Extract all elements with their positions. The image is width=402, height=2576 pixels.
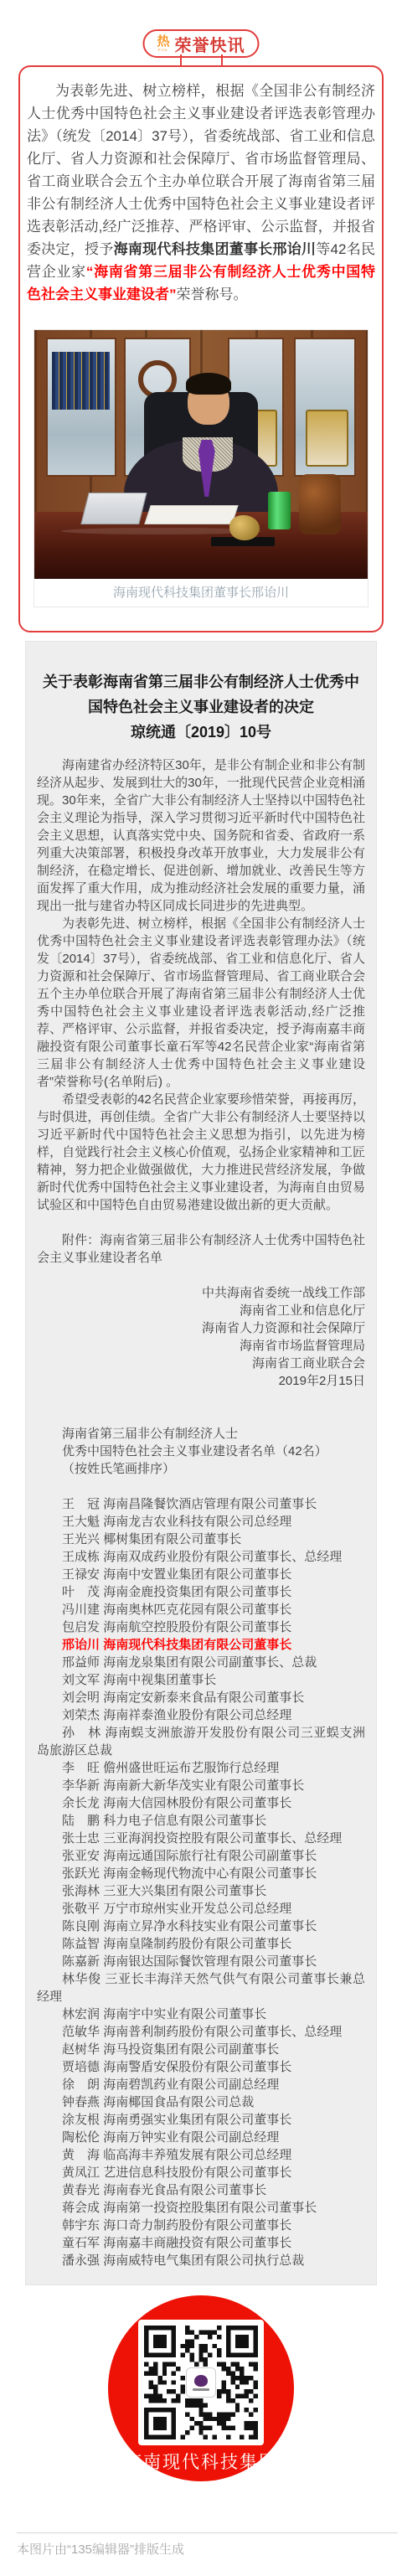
decision-title: 关于表彰海南省第三届非公有制经济人士优秀中国特色社会主义事业建设者的决定 (37, 669, 365, 720)
honoree-row: 童石军 海南嘉丰商融投资有限公司董事长 (37, 2234, 365, 2252)
honoree-row: 李华新 海南新大新华茂实业有限公司董事长 (37, 1777, 365, 1794)
honoree-name: 张海林 (62, 1884, 100, 1898)
honoree-name: 王 冠 (62, 1497, 100, 1511)
honoree-list-heading: 海南省第三届非公有制经济人士优秀中国特色社会主义事业建设者名单（42名）（按姓氏… (37, 1425, 365, 1478)
honoree-name: 徐 朗 (62, 2078, 100, 2092)
honoree-org: 海南警盾安保股份有限公司董事长 (103, 2060, 291, 2074)
photo-glass-panel (294, 338, 356, 477)
badge-label: 荣誉快讯 (175, 32, 245, 56)
honoree-row: 林宏润 海南宇中实业有限公司董事长 (37, 2006, 365, 2023)
photo-man-head (188, 379, 229, 424)
honoree-org: 儋州盛世旺运布艺服饰行总经理 (103, 1761, 279, 1775)
photo-wood-pot (299, 474, 341, 534)
honoree-list: 王 冠 海南昌隆餐饮酒店管理有限公司董事长王大魁 海南龙吉农业科技有限公司总经理… (37, 1495, 365, 2269)
honoree-row: 林华俊 三亚长丰海洋天然气供气有限公司董事长兼总经理 (37, 1970, 365, 2006)
photo-man-hair (186, 373, 231, 395)
intro-text-pre: 为表彰先进、树立榜样，根据《全国非公有制经济人士优秀中国特色社会主义事业建设者评… (27, 83, 375, 257)
honoree-org: 海南远通国际旅行社有限公司副董事长 (103, 1849, 317, 1863)
honoree-list-heading-line: 优秀中国特色社会主义事业建设者名单（42名） (37, 1443, 365, 1460)
honoree-name: 黄凤江 (62, 2166, 100, 2180)
hot-icon-caption: Fire (158, 48, 167, 52)
honoree-name: 张敬平 (62, 1902, 100, 1916)
honoree-name: 潘永强 (62, 2253, 100, 2268)
honoree-org: 三亚大兴集团有限公司董事长 (103, 1884, 266, 1898)
honoree-row: 王禄安 海南中安置业集团有限公司董事长 (37, 1566, 365, 1583)
honoree-name: 韩宇东 (62, 2218, 100, 2233)
decision-signatures: 中共海南省委统一战线工作部海南省工业和信息化厅海南省人力资源和社会保障厅海南省市… (37, 1284, 365, 1390)
honoree-org: 海南银达国际餐饮管理有限公司董事长 (103, 1954, 317, 1969)
honoree-row: 蒋会成 海南第一投资控股集团有限公司董事长 (37, 2199, 365, 2217)
honoree-name: 范敏华 (62, 2025, 100, 2039)
honoree-org: 海马投资集团有限公司副董事长 (103, 2042, 279, 2057)
honoree-row: 刘文军 海南中视集团董事长 (37, 1671, 365, 1689)
honoree-row: 陆 鹏 科力电子信息有限公司董事长 (37, 1812, 365, 1830)
honoree-row: 王大魁 海南龙吉农业科技有限公司总经理 (37, 1513, 365, 1531)
honoree-list-heading-line: 海南省第三届非公有制经济人士 (37, 1425, 365, 1443)
honoree-org: 海南大信园林股份有限公司董事长 (103, 1796, 291, 1810)
honoree-org: 海南双成药业股份有限公司董事长、总经理 (103, 1550, 342, 1564)
photo-plaque (306, 410, 348, 466)
honoree-org: 海南金畅现代物流中心有限公司董事长 (103, 1866, 317, 1881)
intro-text-bold-chairman: 海南现代科技集团董事长邢诒川 (114, 241, 317, 257)
photo-elephant-ornament (229, 515, 260, 540)
honoree-name: 涂友根 (62, 2113, 100, 2127)
signature-line: 海南省人力资源和社会保障厅 (37, 1319, 365, 1337)
honoree-row: 贾培德 海南警盾安保股份有限公司董事长 (37, 2058, 365, 2076)
hot-icon-glyph: 热 (157, 35, 169, 48)
honoree-name: 陶松伦 (62, 2130, 100, 2145)
honoree-name: 黄春光 (62, 2183, 100, 2197)
honoree-org: 海南新大新华茂实业有限公司董事长 (103, 1778, 304, 1793)
honoree-row: 陈良刚 海南立昇净水科技实业有限公司董事长 (37, 1918, 365, 1935)
footer-divider (17, 2532, 398, 2533)
qr-logo-emblem (194, 2375, 208, 2387)
honoree-org: 海南椰国食品有限公司总裁 (103, 2095, 254, 2109)
honoree-name: 陆 鹏 (62, 1814, 100, 1828)
honoree-row: 张敬平 万宁市琼州实业开发总公司总经理 (37, 1900, 365, 1918)
intro-paragraph: 为表彰先进、树立榜样，根据《全国非公有制经济人士优秀中国特色社会主义事业建设者评… (27, 80, 375, 306)
honoree-org: 海南万钟实业有限公司副总经理 (103, 2130, 279, 2145)
honoree-name: 陈益智 (62, 1937, 100, 1951)
intro-text-post: 荣誉称号。 (177, 287, 248, 302)
honoree-name: 贾培德 (62, 2060, 100, 2074)
honoree-row: 黄凤江 艺进信息科技股份有限公司董事长 (37, 2164, 365, 2181)
honoree-name: 李华新 (62, 1778, 100, 1793)
honoree-row: 王 冠 海南昌隆餐饮酒店管理有限公司董事长 (37, 1495, 365, 1513)
honoree-name: 陈良刚 (62, 1919, 100, 1933)
honoree-row: 黄春光 海南春光食品有限公司董事长 (37, 2181, 365, 2199)
honoree-org: 海南春光食品有限公司董事长 (103, 2183, 266, 2197)
honoree-org: 海南立昇净水科技实业有限公司董事长 (103, 1919, 317, 1933)
honoree-row: 黄 海 临高海丰养殖发展有限公司总经理 (37, 2146, 365, 2164)
honoree-name: 邢益师 (62, 1655, 100, 1670)
honoree-name: 林宏润 (62, 2007, 100, 2021)
honoree-org: 海南龙吉农业科技有限公司总经理 (103, 1515, 291, 1529)
honoree-org: 海南第一投资控股集团有限公司董事长 (103, 2201, 317, 2215)
decision-date: 2019年2月15日 (37, 1372, 365, 1390)
honoree-row: 孙 林 海南蜈支洲旅游开发股份有限公司三亚蜈支洲岛旅游区总裁 (37, 1724, 365, 1759)
honoree-row: 范敏华 海南普利制药股份有限公司董事长、总经理 (37, 2023, 365, 2041)
honoree-row: 李 旺 儋州盛世旺运布艺服饰行总经理 (37, 1759, 365, 1777)
honoree-row: 张海林 三亚大兴集团有限公司董事长 (37, 1882, 365, 1900)
honoree-org: 海南龙泉集团有限公司副董事长、总裁 (103, 1655, 317, 1670)
honoree-name: 钟春燕 (62, 2095, 100, 2109)
honoree-org: 海南金鹿投资集团有限公司董事长 (103, 1585, 291, 1599)
honoree-name: 王大魁 (62, 1515, 100, 1529)
honoree-org: 海南威特电气集团有限公司执行总裁 (103, 2253, 304, 2268)
badge-connector-right (221, 54, 223, 66)
honoree-name: 张士忠 (62, 1831, 100, 1846)
honoree-org: 海口奇力制药股份有限公司董事长 (103, 2218, 291, 2233)
honoree-org: 海南昌隆餐饮酒店管理有限公司董事长 (103, 1497, 317, 1511)
decision-paragraph: 希望受表彰的42名民营企业家要珍惜荣誉，再接再厉，与时俱进，再创佳绩。全省广大非… (37, 1091, 365, 1214)
honoree-org: 海南普利制药股份有限公司董事长、总经理 (103, 2025, 342, 2039)
honoree-name: 张跃光 (62, 1866, 100, 1881)
honoree-org: 海南定安新泰来食品有限公司董事长 (103, 1691, 304, 1705)
honoree-row: 赵树华 海马投资集团有限公司副董事长 (37, 2041, 365, 2058)
honoree-name: 余长龙 (62, 1796, 100, 1810)
photo-pen-cup (268, 492, 291, 529)
honoree-name: 王成栋 (62, 1550, 100, 1564)
photo-books (52, 352, 110, 410)
signature-line: 中共海南省委统一战线工作部 (37, 1284, 365, 1302)
hot-icon: 热 Fire (157, 35, 169, 53)
qr-red-circle: 海南现代科技集团 (108, 2295, 294, 2481)
honoree-row: 涂友根 海南勇强实业集团有限公司董事长 (37, 2111, 365, 2129)
signature-line: 海南省工业和信息化厅 (37, 1302, 365, 1319)
honoree-row: 刘会明 海南定安新泰来食品有限公司董事长 (37, 1689, 365, 1706)
chairman-photo (34, 330, 368, 579)
honoree-name: 林华俊 (62, 1972, 101, 1986)
honoree-name: 叶 茂 (62, 1585, 100, 1599)
honoree-org: 海南中安置业集团有限公司董事长 (103, 1567, 291, 1582)
honoree-row: 叶 茂 海南金鹿投资集团有限公司董事长 (37, 1583, 365, 1601)
intro-box: 为表彰先进、树立榜样，根据《全国非公有制经济人士优秀中国特色社会主义事业建设者评… (18, 65, 384, 632)
photo-papers (145, 505, 240, 524)
honoree-org: 海南嘉丰商融投资有限公司董事长 (103, 2236, 291, 2250)
honoree-name: 刘文军 (62, 1673, 100, 1687)
qr-code[interactable] (138, 2320, 264, 2445)
qr-logo-text-line (193, 2388, 209, 2391)
honoree-name: 王光兴 (62, 1532, 100, 1546)
signature-line: 海南省市场监督管理局 (37, 1337, 365, 1355)
honoree-org: 临高海丰养殖发展有限公司总经理 (103, 2148, 291, 2162)
honoree-name: 王禄安 (62, 1567, 100, 1582)
honoree-list-heading-line: （按姓氏笔画排序） (37, 1460, 365, 1478)
honoree-org: 海南皇隆制药股份有限公司董事长 (103, 1937, 291, 1951)
decision-paragraphs: 海南建省办经济特区30年，是非公有制企业和非公有制经济从起步、发展到壮大的30年… (37, 756, 365, 1214)
honoree-row: 张跃光 海南金畅现代物流中心有限公司董事长 (37, 1865, 365, 1882)
honoree-name: 邢诒川 (62, 1638, 100, 1652)
honoree-row: 刘荣杰 海南祥泰渔业股份有限公司总经理 (37, 1706, 365, 1724)
header-badge-area: 热 Fire 荣誉快讯 (0, 0, 402, 65)
honoree-row: 陶松伦 海南万钟实业有限公司副总经理 (37, 2129, 365, 2146)
qr-company-label: 海南现代科技集团 (108, 2449, 294, 2474)
honoree-org: 海南中视集团董事长 (103, 1673, 216, 1687)
decision-attachment: 附件：海南省第三届非公有制经济人士优秀中国特色社会主义事业建设者名单 (37, 1231, 365, 1267)
honoree-row: 韩宇东 海口奇力制药股份有限公司董事长 (37, 2217, 365, 2234)
honoree-row: 王光兴 椰树集团有限公司董事长 (37, 1531, 365, 1548)
honoree-org: 海南碧凯药业有限公司副总经理 (103, 2078, 279, 2092)
footer-credit: 本图片由“135编辑器”排版生成 (17, 2540, 385, 2558)
honoree-org: 海南奥林匹克花园有限公司董事长 (103, 1603, 291, 1617)
honoree-name: 李 旺 (62, 1761, 100, 1775)
decision-paragraph: 海南建省办经济特区30年，是非公有制企业和非公有制经济从起步、发展到壮大的30年… (37, 756, 365, 915)
honoree-name: 童石军 (62, 2236, 100, 2250)
honoree-name: 刘荣杰 (62, 1708, 100, 1722)
honoree-row: 邢益师 海南龙泉集团有限公司副董事长、总裁 (37, 1654, 365, 1671)
honoree-row: 包启发 海南航空控股股份有限公司董事长 (37, 1618, 365, 1636)
honoree-row: 张亚安 海南远通国际旅行社有限公司副董事长 (37, 1847, 365, 1865)
decision-paragraph: 为表彰先进、树立榜样，根据《全国非公有制经济人士优秀中国特色社会主义事业建设者评… (37, 915, 365, 1091)
honoree-org: 海南祥泰渔业股份有限公司总经理 (103, 1708, 291, 1722)
honoree-org: 艺进信息科技股份有限公司董事长 (103, 2166, 291, 2180)
honoree-name: 包启发 (62, 1620, 100, 1634)
honor-news-badge: 热 Fire 荣誉快讯 (142, 29, 259, 58)
honoree-name: 冯川建 (62, 1603, 100, 1617)
honoree-org: 海南航空控股股份有限公司董事长 (103, 1620, 291, 1634)
honoree-org: 海南宇中实业有限公司董事长 (103, 2007, 266, 2021)
photo-glass-panel (46, 338, 116, 477)
honoree-row: 陈益智 海南皇隆制药股份有限公司董事长 (37, 1935, 365, 1953)
photo-caption: 海南现代科技集团董事长邢诒川 (34, 579, 368, 607)
footer-padding (0, 2558, 402, 2576)
decision-box: 关于表彰海南省第三届非公有制经济人士优秀中国特色社会主义事业建设者的决定 琼统通… (25, 641, 377, 2285)
honoree-name: 陈嘉新 (62, 1954, 100, 1969)
honoree-row: 潘永强 海南威特电气集团有限公司执行总裁 (37, 2252, 365, 2269)
honoree-org: 万宁市琼州实业开发总公司总经理 (103, 1902, 291, 1916)
photo-laptop (80, 493, 147, 524)
signature-line: 海南省工商业联合会 (37, 1355, 365, 1372)
chairman-photo-card: 海南现代科技集团董事长邢诒川 (33, 329, 368, 607)
honoree-row: 余长龙 海南大信园林股份有限公司董事长 (37, 1794, 365, 1812)
honoree-org: 海南现代科技集团有限公司董事长 (103, 1638, 291, 1652)
honoree-name: 张亚安 (62, 1849, 100, 1863)
honoree-name: 蒋会成 (62, 2201, 100, 2215)
honoree-name: 刘会明 (62, 1691, 100, 1705)
honoree-row: 钟春燕 海南椰国食品有限公司总裁 (37, 2093, 365, 2111)
honoree-org: 科力电子信息有限公司董事长 (103, 1814, 266, 1828)
honoree-row: 王成栋 海南双成药业股份有限公司董事长、总经理 (37, 1548, 365, 1566)
honoree-org: 三亚海润投资控股有限公司董事长、总经理 (103, 1831, 342, 1846)
decision-doc-number: 琼统通〔2019〕10号 (37, 720, 365, 745)
honoree-org: 海南勇强实业集团有限公司董事长 (103, 2113, 291, 2127)
badge-connector-left (180, 54, 182, 66)
honoree-row: 张士忠 三亚海润投资控股有限公司董事长、总经理 (37, 1830, 365, 1847)
honoree-row: 徐 朗 海南碧凯药业有限公司副总经理 (37, 2076, 365, 2093)
honoree-row: 陈嘉新 海南银达国际餐饮管理有限公司董事长 (37, 1953, 365, 1970)
qr-center-logo (186, 2367, 216, 2398)
honoree-name: 赵树华 (62, 2042, 100, 2057)
honoree-name: 孙 林 (62, 1726, 101, 1740)
honoree-org: 椰树集团有限公司董事长 (103, 1532, 241, 1546)
honoree-row: 冯川建 海南奥林匹克花园有限公司董事长 (37, 1601, 365, 1618)
qr-section: 海南现代科技集团 (0, 2295, 402, 2491)
honoree-row: 邢诒川 海南现代科技集团有限公司董事长 (37, 1636, 365, 1654)
honoree-name: 黄 海 (62, 2148, 100, 2162)
